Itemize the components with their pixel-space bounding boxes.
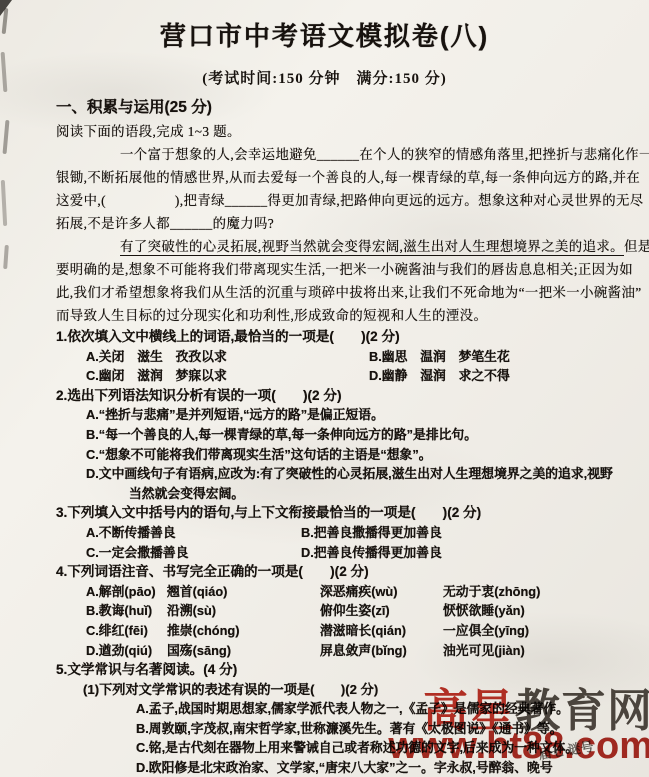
option-1a: A.关闭 滋生 孜孜以求 [86,347,369,367]
exam-info: (考试时间:150 分钟 满分:150 分) [0,67,649,88]
question-1-options-row: C.幽闭 滋润 梦寐以求D.幽静 湿润 求之不得 [56,366,645,386]
option-4a-1: A.解剖(pāo) [86,582,167,602]
section-heading: 一、积累与运用(25 分) [56,96,645,120]
passage-line: 而导致人生目标的过分现实化和功利性,形成致命的短视和人生的湮没。 [56,304,645,327]
option-4a-4: 无动于衷(zhōng) [443,582,645,602]
watermark-brand-dark: 教育网 [515,685,649,736]
exam-paper-scan: 营口市中考语文模拟卷(八) (考试时间:150 分钟 满分:150 分) 一、积… [0,0,649,777]
option-4a-2: 翘首(qiáo) [167,582,320,602]
option-4d-3: 屏息敛声(bǐng) [320,641,443,661]
paper-body: 一、积累与运用(25 分) 阅读下面的语段,完成 1~3 题。 一个富于想象的人… [56,96,645,777]
option-4d-4: 油光可见(jiàn) [443,641,645,661]
option-4a-3: 深恶痛疾(wù) [320,582,443,602]
option-3a: A.不断传播善良 [86,523,301,543]
underlined-sentence: 有了突破性的心灵拓展,视野当然就会变得宏阔,滋生出对人生理想境界之美的追求。 [120,239,624,254]
passage-line: 这爱中,( ),把青绿______得更加青绿,把路伸向更远的远方。想象这种对心灵… [56,189,645,212]
binding-mark [1,180,7,226]
question-2-stem: 2.选出下列语法知识分析有误的一项( )(2 分) [56,386,645,406]
option-4d-1: D.遒劲(qiú) [86,641,167,661]
passage-line: 拓展,不是许多人都______的魔力吗? [56,212,645,235]
option-3b: B.把善良撒播得更加善良 [301,523,442,543]
option-4b-1: B.教诲(huǐ) [86,601,167,621]
passage-line: 此,我们才希望想象将我们从生活的沉重与琐碎中拔将出来,让我们不死命地为“一把米一… [56,281,645,304]
question-3-stem: 3.下列填入文中括号内的语句,与上下文衔接最恰当的一项是( )(2 分) [56,503,645,523]
option-1d: D.幽静 湿润 求之不得 [369,366,510,386]
option-4b-4: 恹恹欲睡(yǎn) [443,601,645,621]
option-4c-2: 推崇(chóng) [167,621,320,641]
question-5-stem: 5.文学常识与名著阅读。(4 分) [56,660,645,680]
option-3c: C.一定会撒播善良 [86,543,301,563]
question-1-options-row: A.关闭 滋生 孜孜以求B.幽思 温润 梦笔生花 [56,347,645,367]
option-4b-3: 俯仰生姿(zī) [320,601,443,621]
binding-mark [3,245,9,269]
option-2a: A.“挫折与悲痛”是并列短语,“远方的路”是偏正短语。 [56,405,645,425]
binding-mark [3,120,10,154]
question-4-row-d: D.遒劲(qiú)国殇(sāng)屏息敛声(bǐng)油光可见(jiàn) [56,641,645,661]
option-4d-2: 国殇(sāng) [167,641,320,661]
option-4c-4: 一应俱全(yīng) [443,621,645,641]
passage-line: 银锄,不断拓展他的情感世界,从而去爱每一个善良的人,每一棵青绿的草,每一条伸向远… [56,166,645,189]
option-4b-2: 沿溯(sù) [167,601,320,621]
question-4-row-c: C.绯红(fēi)推崇(chóng)潜滋暗长(qián)一应俱全(yīng) [56,621,645,641]
question-4-stem: 4.下列词语注音、书写完全正确的一项是( )(2 分) [56,562,645,582]
passage-line: 一个富于想象的人,会幸运地避免______在个人的狭窄的情感角落里,把挫折与悲痛… [56,143,645,166]
option-2d: D.文中画线句子有语病,应改为:有了突破性的心灵拓展,滋生出对人生理想境界之美的… [56,464,645,484]
option-2b: B.“每一个善良的人,每一棵青绿的草,每一条伸向远方的路”是排比句。 [56,425,645,445]
question-4-row-a: A.解剖(pāo)翘首(qiáo)深恶痛疾(wù)无动于衷(zhōng) [56,582,645,602]
option-3d: D.把善良传播得更加善良 [301,543,442,563]
question-3-options-row: C.一定会撒播善良D.把善良传播得更加善良 [56,543,645,563]
option-4c-1: C.绯红(fēi) [86,621,167,641]
passage-text: 但是,必须 [624,239,649,254]
option-1b: B.幽思 温润 梦笔生花 [369,347,510,367]
question-1-stem: 1.依次填入文中横线上的词语,最恰当的一项是( )(2 分) [56,327,645,347]
option-1c: C.幽闭 滋润 梦寐以求 [86,366,369,386]
passage-line: 要明确的是,想象不可能将我们带离现实生活,一把米一小碗酱油与我们的唇齿息息相关;… [56,258,645,281]
passage-line: 有了突破性的心灵拓展,视野当然就会变得宏阔,滋生出对人生理想境界之美的追求。但是… [56,235,645,258]
option-2c: C.“想象不可能将我们带离现实生活”这句话的主语是“想象”。 [56,445,645,465]
watermark-logo: 高星教育网 www.ht88.com [388,688,649,765]
question-4-row-b: B.教诲(huǐ)沿溯(sù)俯仰生姿(zī)恹恹欲睡(yǎn) [56,601,645,621]
page-title: 营口市中考语文模拟卷(八) [0,16,649,53]
question-3-options-row: A.不断传播善良B.把善良撒播得更加善良 [56,523,645,543]
option-4c-3: 潜滋暗长(qián) [320,621,443,641]
passage-intro: 阅读下面的语段,完成 1~3 题。 [56,120,645,143]
option-2d-continued: 当然就会变得宏阔。 [56,484,645,504]
paper-header: 营口市中考语文模拟卷(八) (考试时间:150 分钟 满分:150 分) [0,16,649,88]
